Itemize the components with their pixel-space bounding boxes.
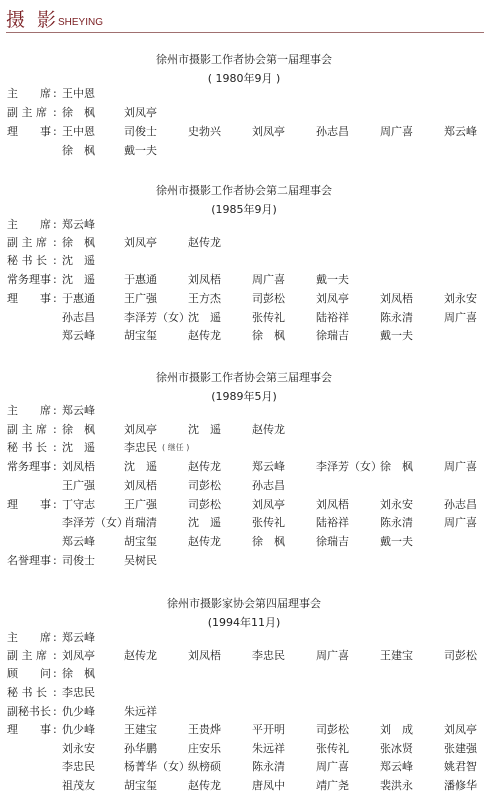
member-name: 刘 成: [380, 721, 413, 739]
member-name: 赵传龙: [188, 777, 221, 795]
member-name: 赵传龙: [252, 421, 285, 439]
label-colon: :: [53, 421, 57, 439]
member-name: 张建强: [444, 740, 477, 758]
label-colon: :: [53, 252, 57, 270]
member-name: 孙志昌: [444, 496, 477, 514]
member-name: 刘凤亭: [252, 123, 285, 141]
member-name: 李忠民: [62, 684, 95, 702]
member-row: 王广强刘凤梧司彭松孙志昌: [0, 477, 488, 495]
member-name: 刘凤亭: [124, 234, 157, 252]
member-name: 胡宝玺: [124, 533, 157, 551]
member-name: 徐瑞吉: [316, 533, 349, 551]
member-name: 靖广尧: [316, 777, 349, 795]
member-name: 刘凤亭: [62, 647, 95, 665]
member-name: 胡宝玺: [124, 327, 157, 345]
member-row: 祖茂友胡宝玺赵传龙唐凤中靖广尧裴洪永潘修华: [0, 777, 488, 795]
header-title-en: SHEYING: [58, 17, 103, 29]
member-name: 周广喜: [252, 271, 285, 289]
member-name: 刘凤亭: [124, 104, 157, 122]
member-name: 王建宝: [124, 721, 157, 739]
member-row: 主 席:郑云峰: [0, 402, 488, 420]
member-name: 徐 枫: [62, 104, 95, 122]
member-name: 徐 枫: [62, 234, 95, 252]
member-row: 郑云峰胡宝玺赵传龙徐 枫徐瑞吉戴一夫: [0, 327, 488, 345]
member-name: 姚君智: [444, 758, 477, 776]
member-name: 郑云峰: [444, 123, 477, 141]
member-row: 李忠民杨菁华（女）纵榜硕陈永清周广喜郑云峰姚君智: [0, 758, 488, 776]
member-name: 刘凤亭: [444, 721, 477, 739]
member-name: 司俊士: [124, 123, 157, 141]
member-name: 沈 遥: [188, 514, 221, 532]
member-name: 刘凤梧: [188, 271, 221, 289]
label-colon: :: [53, 665, 57, 683]
label-colon: :: [53, 684, 57, 702]
member-row: 理 事:于惠通王广强王方杰司彭松刘凤亭刘凤梧刘永安: [0, 290, 488, 308]
member-row: 主 席:郑云峰: [0, 216, 488, 234]
member-name: 刘凤亭: [124, 421, 157, 439]
member-name: 刘永安: [444, 290, 477, 308]
label-colon: :: [53, 439, 57, 457]
member-name: 王方杰: [188, 290, 221, 308]
member-name: 胡宝玺: [124, 777, 157, 795]
member-name: 王建宝: [380, 647, 413, 665]
member-row: 副 主 席:徐 枫刘凤亭赵传龙: [0, 234, 488, 252]
member-name: 王广强: [62, 477, 95, 495]
member-name: 周广喜: [316, 758, 349, 776]
member-name: 张冰贤: [380, 740, 413, 758]
member-name: 陆裕祥: [316, 309, 349, 327]
member-name: 郑云峰: [380, 758, 413, 776]
label-colon: :: [53, 216, 57, 234]
member-row: 副 主 席:刘凤亭赵传龙刘凤梧李忠民周广喜王建宝司彭松: [0, 647, 488, 665]
member-name: 丁守志: [62, 496, 95, 514]
member-name: 刘凤梧: [62, 458, 95, 476]
member-name: 王中恩: [62, 123, 95, 141]
member-name: 刘永安: [380, 496, 413, 514]
member-name: 郑云峰: [62, 533, 95, 551]
member-name: 仇少峰: [62, 721, 95, 739]
member-name: 徐 枫: [252, 327, 285, 345]
member-name: 周广喜: [444, 309, 477, 327]
member-name: 郑云峰: [62, 402, 95, 420]
section-date: (1985年9月): [0, 203, 488, 217]
member-name: 戴一夫: [380, 533, 413, 551]
label-colon: :: [53, 123, 57, 141]
member-name: 司彭松: [444, 647, 477, 665]
member-row: 常务理事:刘凤梧沈 遥赵传龙郑云峰李泽芳（女）徐 枫周广喜: [0, 458, 488, 476]
member-name: 孙志昌: [252, 477, 285, 495]
label-colon: :: [53, 647, 57, 665]
member-name: 刘凤梧: [380, 290, 413, 308]
member-name: 沈 遥: [62, 439, 95, 457]
member-row: 主 席:王中恩: [0, 85, 488, 103]
member-name: 王广强: [124, 290, 157, 308]
member-name: 李泽芳（女）: [316, 458, 382, 476]
member-name: 纵榜硕: [188, 758, 221, 776]
label-colon: :: [53, 402, 57, 420]
member-name: 李泽芳（女）: [62, 514, 128, 532]
member-name: 沈 遥: [124, 458, 157, 476]
member-name: 陈永清: [252, 758, 285, 776]
label-colon: :: [53, 458, 57, 476]
member-name: 陆裕祥: [316, 514, 349, 532]
member-name: 郑云峰: [62, 327, 95, 345]
member-name: 徐 枫: [380, 458, 413, 476]
section-title: 徐州市摄影工作者协会第一届理事会: [0, 53, 488, 67]
member-name: 庄安乐: [188, 740, 221, 758]
member-row: 秘 书 长:李忠民: [0, 684, 488, 702]
member-name: 孙志昌: [316, 123, 349, 141]
member-row: 常务理事:沈 遥于惠通刘凤梧周广喜戴一夫: [0, 271, 488, 289]
member-name: 朱远祥: [252, 740, 285, 758]
member-name: 张传礼: [316, 740, 349, 758]
member-name: 李忠民: [62, 758, 95, 776]
member-name: 刘凤梧: [316, 496, 349, 514]
member-name: 史勃兴: [188, 123, 221, 141]
section-title: 徐州市摄影工作者协会第三届理事会: [0, 371, 488, 385]
member-name: 肖瑞清: [124, 514, 157, 532]
member-name: 周广喜: [444, 514, 477, 532]
member-row: 理 事:王中恩司俊士史勃兴刘凤亭孙志昌周广喜郑云峰: [0, 123, 488, 141]
member-name: 赵传龙: [188, 458, 221, 476]
section-title: 徐州市摄影家协会第四届理事会: [0, 597, 488, 611]
section-date: ( 1980年9月 ): [0, 72, 488, 86]
member-name: 郑云峰: [62, 629, 95, 647]
member-name: 沈 遥: [188, 309, 221, 327]
member-name: 于惠通: [62, 290, 95, 308]
member-row: 副秘书长:仇少峰朱远祥: [0, 703, 488, 721]
succession-note: ( 继任 ): [162, 439, 189, 457]
member-name: 司彭松: [252, 290, 285, 308]
member-name: 于惠通: [124, 271, 157, 289]
member-name: 潘修华: [444, 777, 477, 795]
member-name: 李泽芳（女）: [124, 309, 190, 327]
member-row: 李泽芳（女）肖瑞清沈 遥张传礼陆裕祥陈永清周广喜: [0, 514, 488, 532]
member-name: 张传礼: [252, 514, 285, 532]
member-name: 周广喜: [444, 458, 477, 476]
member-name: 刘凤亭: [252, 496, 285, 514]
member-name: 陈永清: [380, 309, 413, 327]
member-row: 副 主 席:徐 枫刘凤亭沈 遥赵传龙: [0, 421, 488, 439]
member-row: 名誉理事:司俊士吴树民: [0, 552, 488, 570]
member-name: 郑云峰: [62, 216, 95, 234]
header-title-cn: 摄 影: [6, 8, 59, 32]
label-colon: :: [53, 104, 57, 122]
member-name: 司彭松: [316, 721, 349, 739]
member-name: 刘凤梧: [124, 477, 157, 495]
member-name: 赵传龙: [188, 327, 221, 345]
member-row: 刘永安孙华鹏庄安乐朱远祥张传礼张冰贤张建强: [0, 740, 488, 758]
label-colon: :: [53, 703, 57, 721]
member-name: 王贵烨: [188, 721, 221, 739]
label-colon: :: [53, 85, 57, 103]
member-name: 徐 枫: [252, 533, 285, 551]
member-name: 孙华鹏: [124, 740, 157, 758]
label-colon: :: [53, 629, 57, 647]
member-name: 戴一夫: [316, 271, 349, 289]
label-colon: :: [53, 552, 57, 570]
member-row: 徐 枫戴一夫: [0, 142, 488, 160]
member-name: 郑云峰: [252, 458, 285, 476]
member-name: 裴洪永: [380, 777, 413, 795]
member-name: 沈 遥: [62, 252, 95, 270]
member-name: 司彭松: [188, 496, 221, 514]
label-colon: :: [53, 234, 57, 252]
member-name: 朱远祥: [124, 703, 157, 721]
member-row: 副 主 席:徐 枫刘凤亭: [0, 104, 488, 122]
member-name: 李忠民: [252, 647, 285, 665]
member-name: 赵传龙: [188, 533, 221, 551]
member-row: 秘 书 长:沈 遥李忠民( 继任 ): [0, 439, 488, 457]
member-name: 司彭松: [188, 477, 221, 495]
member-name: 仇少峰: [62, 703, 95, 721]
member-name: 赵传龙: [124, 647, 157, 665]
member-name: 戴一夫: [380, 327, 413, 345]
member-name: 沈 遥: [188, 421, 221, 439]
member-name: 徐 枫: [62, 421, 95, 439]
member-name: 孙志昌: [62, 309, 95, 327]
member-row: 理 事:丁守志王广强司彭松刘凤亭刘凤梧刘永安孙志昌: [0, 496, 488, 514]
member-name: 刘凤亭: [316, 290, 349, 308]
member-name: 司俊士: [62, 552, 95, 570]
member-name: 祖茂友: [62, 777, 95, 795]
member-name: 徐 枫: [62, 142, 95, 160]
member-name: 赵传龙: [188, 234, 221, 252]
member-name: 吴树民: [124, 552, 157, 570]
member-row: 秘 书 长:沈 遥: [0, 252, 488, 270]
section-title: 徐州市摄影工作者协会第二届理事会: [0, 184, 488, 198]
label-colon: :: [53, 721, 57, 739]
label-colon: :: [53, 290, 57, 308]
member-name: 平开明: [252, 721, 285, 739]
member-row: 孙志昌李泽芳（女）沈 遥张传礼陆裕祥陈永清周广喜: [0, 309, 488, 327]
member-name: 张传礼: [252, 309, 285, 327]
member-name: 王中恩: [62, 85, 95, 103]
member-name: 周广喜: [380, 123, 413, 141]
label-colon: :: [53, 271, 57, 289]
label-colon: :: [53, 496, 57, 514]
member-name: 周广喜: [316, 647, 349, 665]
page-header: 摄 影 SHEYING: [6, 8, 484, 33]
member-name: 李忠民: [124, 439, 157, 457]
member-name: 陈永清: [380, 514, 413, 532]
member-row: 郑云峰胡宝玺赵传龙徐 枫徐瑞吉戴一夫: [0, 533, 488, 551]
member-name: 徐瑞吉: [316, 327, 349, 345]
member-row: 顾 问:徐 枫: [0, 665, 488, 683]
member-name: 杨菁华（女）: [124, 758, 190, 776]
member-name: 唐凤中: [252, 777, 285, 795]
section-date: (1994年11月): [0, 616, 488, 630]
member-name: 王广强: [124, 496, 157, 514]
member-name: 沈 遥: [62, 271, 95, 289]
member-name: 徐 枫: [62, 665, 95, 683]
member-row: 主 席:郑云峰: [0, 629, 488, 647]
member-row: 理 事:仇少峰王建宝王贵烨平开明司彭松刘 成刘凤亭: [0, 721, 488, 739]
member-name: 刘凤梧: [188, 647, 221, 665]
member-name: 戴一夫: [124, 142, 157, 160]
member-name: 刘永安: [62, 740, 95, 758]
